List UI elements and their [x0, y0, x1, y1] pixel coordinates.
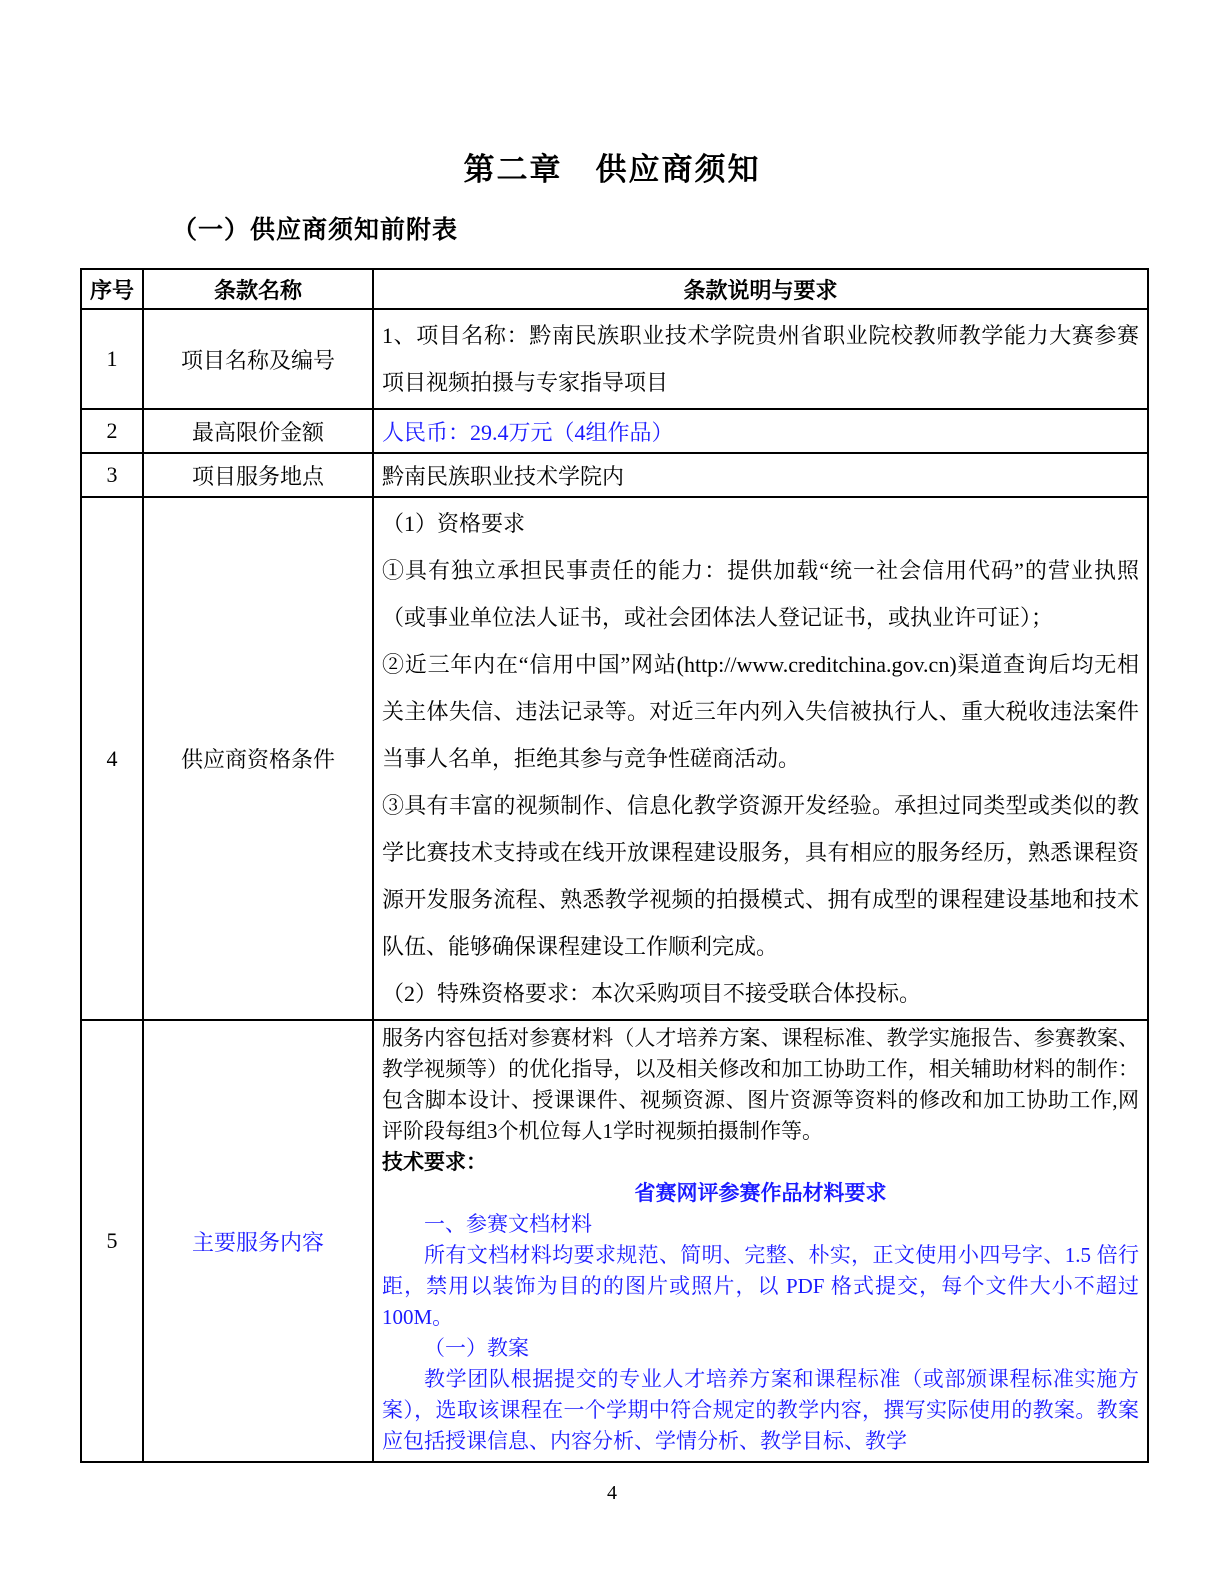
- clause-name: 项目名称及编号: [143, 309, 373, 409]
- tech-requirements-label: 技术要求：: [382, 1147, 1139, 1178]
- table-row-main-service: 5 主要服务内容 服务内容包括对参赛材料（人才培养方案、课程标准、教学实施报告、…: [81, 1020, 1148, 1462]
- clause-name: 主要服务内容: [143, 1020, 373, 1462]
- header-clause-desc: 条款说明与要求: [373, 269, 1148, 309]
- clause-desc: （1）资格要求 ①具有独立承担民事责任的能力：提供加载“统一社会信用代码”的营业…: [373, 497, 1148, 1020]
- qualification-item-2: ②近三年内在“信用中国”网站(http://www.creditchina.go…: [382, 641, 1139, 782]
- table-row-supplier-qualification: 4 供应商资格条件 （1）资格要求 ①具有独立承担民事责任的能力：提供加载“统一…: [81, 497, 1148, 1020]
- clause-name: 供应商资格条件: [143, 497, 373, 1020]
- qualification-item-3: ③具有丰富的视频制作、信息化教学资源开发经验。承担过同类型或类似的教学比赛技术支…: [382, 782, 1139, 970]
- price-limit-text: 人民币：29.4万元（4组作品）: [382, 416, 1139, 447]
- clause-desc: 1、项目名称：黔南民族职业技术学院贵州省职业院校教师教学能力大赛参赛项目视频拍摄…: [373, 309, 1148, 409]
- row-seq-no: 5: [81, 1020, 143, 1462]
- row-seq-no: 2: [81, 409, 143, 453]
- qualification-item-1: ①具有独立承担民事责任的能力：提供加载“统一社会信用代码”的营业执照（或事业单位…: [382, 547, 1139, 641]
- document-page: 第二章 供应商须知 （一）供应商须知前附表 序号 条款名称 条款说明与要求 1 …: [0, 0, 1224, 1584]
- clause-name: 最高限价金额: [143, 409, 373, 453]
- table-header-row: 序号 条款名称 条款说明与要求: [81, 269, 1148, 309]
- row-seq-no: 1: [81, 309, 143, 409]
- blue-section-title: 省赛网评参赛作品材料要求: [382, 1178, 1139, 1209]
- clause-desc: 服务内容包括对参赛材料（人才培养方案、课程标准、教学实施报告、参赛教案、教学视频…: [373, 1020, 1148, 1462]
- page-number: 4: [0, 1482, 1224, 1505]
- chapter-title: 第二章 供应商须知: [0, 144, 1224, 189]
- service-overview-text: 服务内容包括对参赛材料（人才培养方案、课程标准、教学实施报告、参赛教案、教学视频…: [382, 1023, 1139, 1147]
- clause-desc: 人民币：29.4万元（4组作品）: [373, 409, 1148, 453]
- table-row-price-limit: 2 最高限价金额 人民币：29.4万元（4组作品）: [81, 409, 1148, 453]
- section-one-heading: 一、参赛文档材料: [382, 1209, 1139, 1240]
- special-qualification-text: （2）特殊资格要求：本次采购项目不接受联合体投标。: [382, 970, 1139, 1017]
- subsection-text: 教学团队根据提交的专业人才培养方案和课程标准（或部颁课程标准实施方案），选取该课…: [382, 1364, 1139, 1457]
- supplier-notice-table: 序号 条款名称 条款说明与要求 1 项目名称及编号 1、项目名称：黔南民族职业技…: [80, 268, 1149, 1463]
- section-subtitle: （一）供应商须知前附表: [172, 210, 458, 246]
- table-row-service-location: 3 项目服务地点 黔南民族职业技术学院内: [81, 453, 1148, 497]
- clause-desc: 黔南民族职业技术学院内: [373, 453, 1148, 497]
- section-one-text: 所有文档材料均要求规范、简明、完整、朴实，正文使用小四号字、1.5 倍行距，禁用…: [382, 1240, 1139, 1333]
- header-clause-name: 条款名称: [143, 269, 373, 309]
- clause-name: 项目服务地点: [143, 453, 373, 497]
- table-row-project-name: 1 项目名称及编号 1、项目名称：黔南民族职业技术学院贵州省职业院校教师教学能力…: [81, 309, 1148, 409]
- subsection-heading: （一）教案: [382, 1333, 1139, 1364]
- qualification-heading: （1）资格要求: [382, 500, 1139, 547]
- row-seq-no: 3: [81, 453, 143, 497]
- header-seq-no: 序号: [81, 269, 143, 309]
- project-name-text: 1、项目名称：黔南民族职业技术学院贵州省职业院校教师教学能力大赛参赛项目视频拍摄…: [382, 312, 1139, 406]
- service-location-text: 黔南民族职业技术学院内: [382, 460, 1139, 491]
- row-seq-no: 4: [81, 497, 143, 1020]
